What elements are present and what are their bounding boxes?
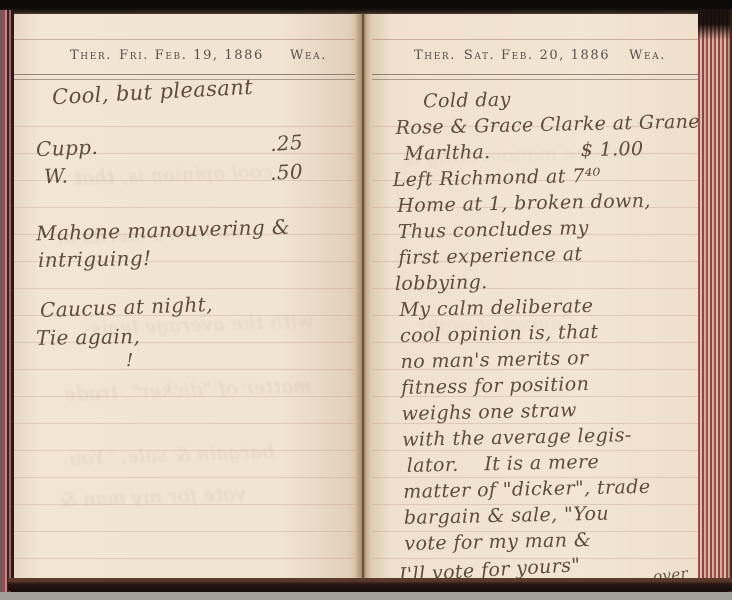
diary-scan: Ther. Fri. Feb. 19, 1886 Wea. cool opini… (0, 0, 732, 600)
handwritten-expense-amount: .25 (269, 130, 304, 156)
handwritten-expense-label: Cupp. (36, 135, 99, 161)
handwritten-note-line: intriguing! (38, 246, 152, 272)
left-page-printed-header: Ther. Fri. Feb. 19, 1886 Wea. (14, 48, 355, 70)
handwritten-note-line: Tie again, (36, 324, 141, 350)
handwritten-expense-label: W. (44, 164, 69, 189)
book-top-cover-edge (0, 0, 732, 14)
right-page-handwriting: Cold dayRose & Grace Clarke at GraneMarl… (389, 83, 695, 578)
book-left-cover-edge (0, 10, 14, 592)
header-rule-top (14, 39, 355, 40)
right-page-printed-header: Ther. Sat. Feb. 20, 1886 Wea. (372, 48, 698, 70)
book-bottom-cover-edge (8, 578, 732, 592)
wea-label: Wea. (290, 48, 327, 63)
right-page: Ther. Sat. Feb. 20, 1886 Wea. Mahone man… (372, 14, 698, 578)
book-page-edges-right (698, 10, 732, 592)
binding-gutter (355, 14, 372, 578)
handwritten-expense-amount: .50 (269, 159, 303, 185)
wea-label: Wea. (629, 48, 666, 63)
handwritten-exclamation: ! (126, 350, 134, 371)
header-rule-top (372, 39, 698, 40)
handwritten-over-note: over (652, 564, 689, 578)
left-page: Ther. Fri. Feb. 19, 1886 Wea. cool opini… (14, 14, 355, 578)
header-rule-double (372, 74, 698, 80)
